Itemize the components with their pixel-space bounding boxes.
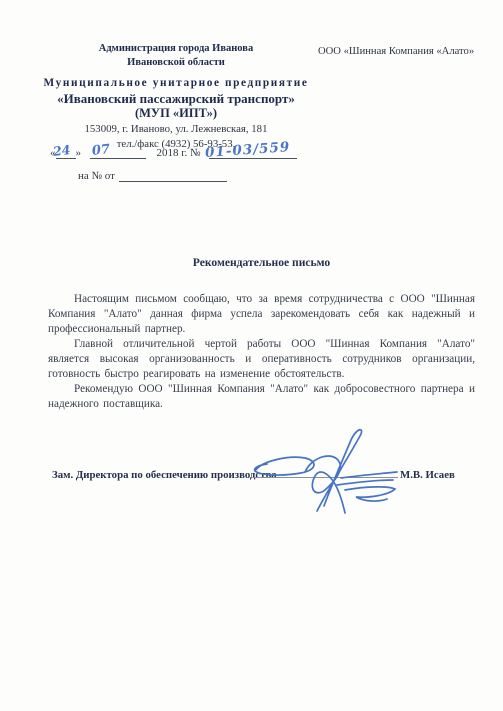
letter-title: Рекомендательное письмо (48, 256, 475, 269)
handwritten-day: 24 (52, 142, 71, 159)
paragraph-2: Главной отличительной чертой работы ООО … (48, 337, 475, 382)
reference-line: «» 2018 г. № 24 07 01-03/559 (50, 147, 350, 159)
letter-body: Настоящим письмом сообщаю, что за время … (48, 292, 475, 412)
day-quote-close: » (76, 147, 82, 159)
reply-label: на № от (78, 170, 115, 182)
administration-line-1: Администрация города Иванова (30, 42, 322, 56)
organization-address: 153009, г. Иваново, ул. Лежневская, 181 (30, 123, 322, 136)
paragraph-3: Рекомендую ООО "Шинная Компания "Алато" … (48, 382, 475, 412)
recipient-name: ООО «Шинная Компания «Алато» (318, 46, 498, 57)
scanned-letter-page: Администрация города Иванова Ивановской … (0, 0, 503, 711)
year-label: 2018 г. (157, 147, 188, 159)
signer-position: Зам. Директора по обеспечению производст… (52, 469, 277, 481)
paragraph-1: Настоящим письмом сообщаю, что за время … (48, 292, 475, 337)
letterhead: Администрация города Иванова Ивановской … (30, 42, 322, 151)
signature-ink (245, 418, 420, 516)
organization-abbr: (МУП «ИПТ») (30, 106, 322, 121)
handwritten-month: 07 (91, 142, 111, 159)
administration-line-2: Ивановской области (30, 56, 322, 70)
reply-reference-line: на № от (78, 170, 227, 182)
organization-type: Муниципальное унитарное предприятие (30, 76, 322, 91)
reply-blank (119, 170, 227, 182)
number-sign: № (190, 147, 201, 159)
organization-name: «Ивановский пассажирский транспорт» (30, 91, 322, 106)
